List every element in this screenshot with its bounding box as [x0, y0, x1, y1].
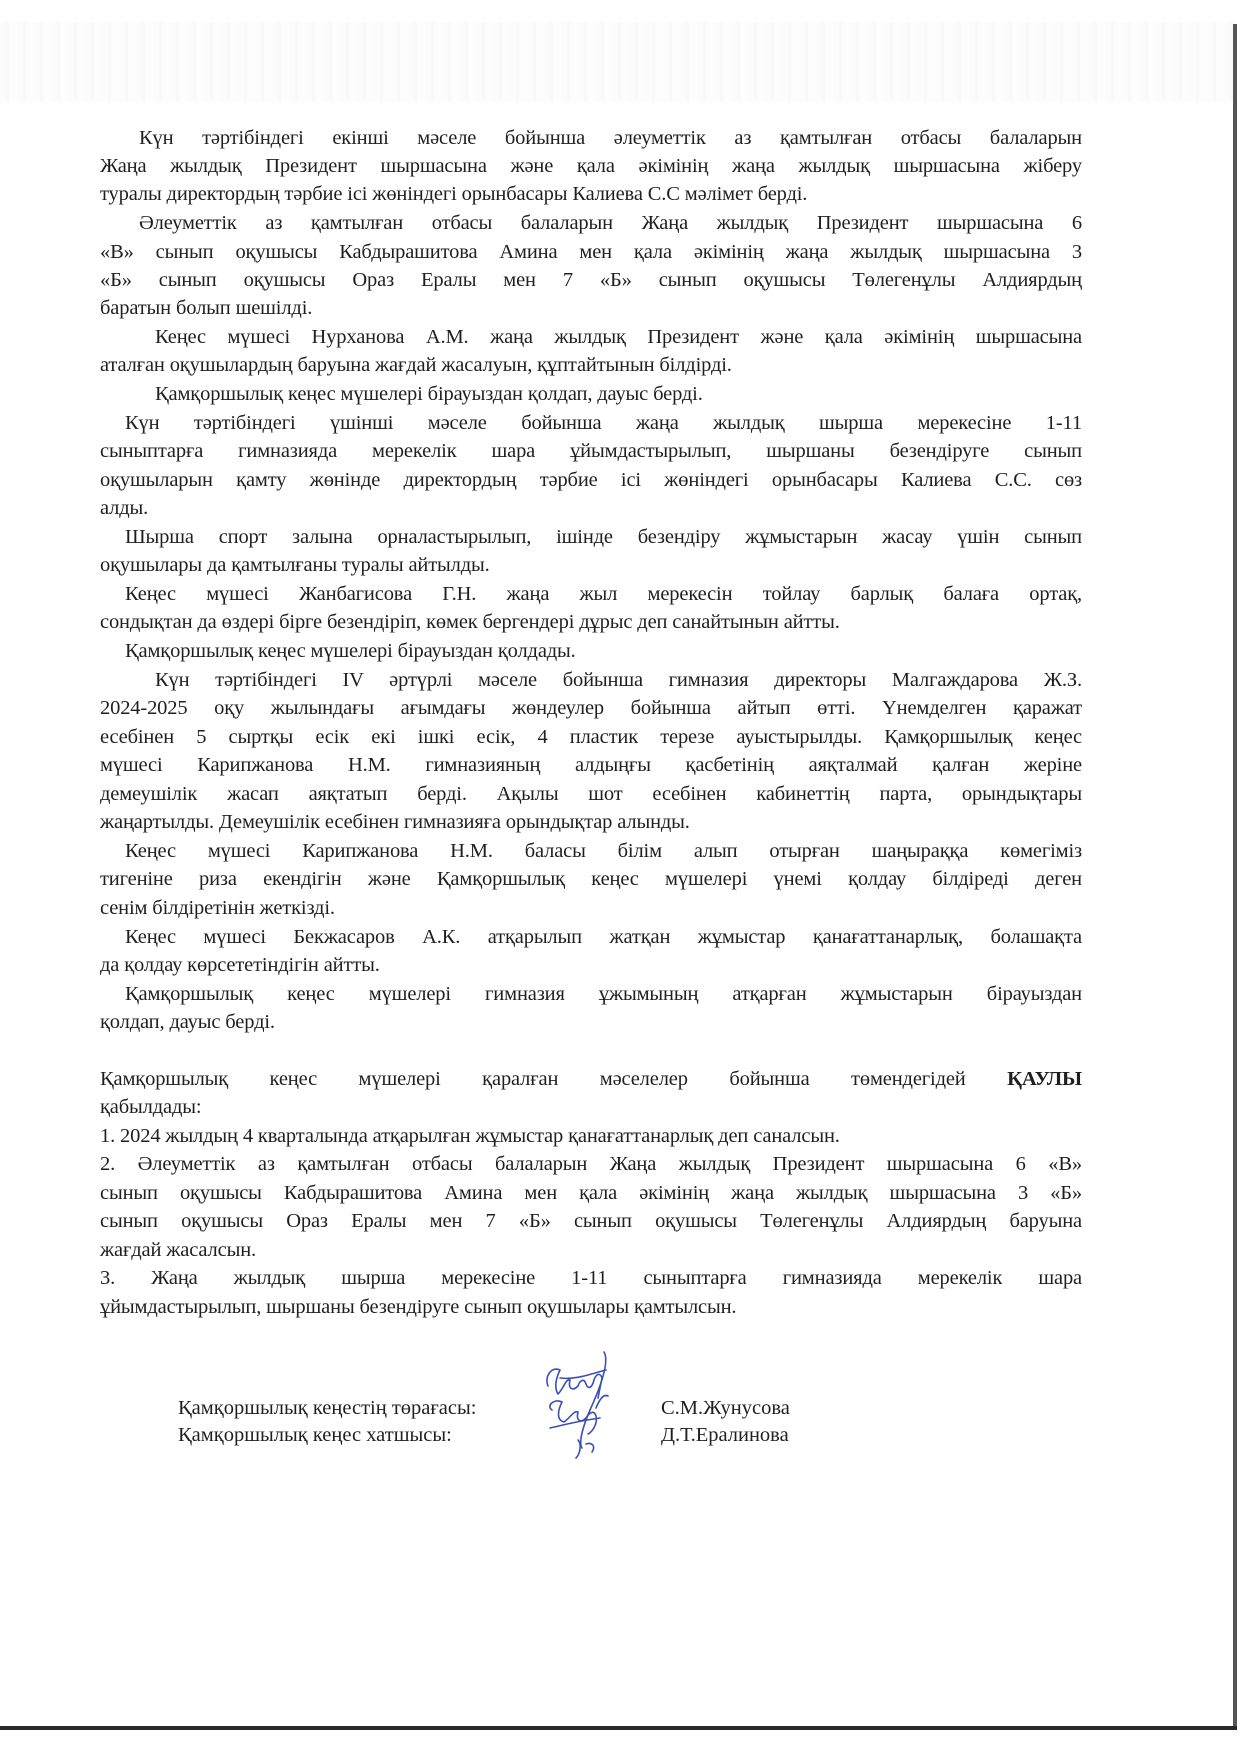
- text-line: оқушылары да қамтылғаны туралы айтылды.: [100, 551, 1082, 579]
- text-line: Кеңес мүшесі Жанбагисова Г.Н. жаңа жыл м…: [125, 580, 1082, 608]
- text-line: жаңартылды. Демеушілік есебінен гимназия…: [100, 808, 1082, 836]
- secretary-name: Д.Т.Ералинова: [661, 1421, 789, 1449]
- text-line: 2024-2025 оқу жылындағы ағымдағы жөндеул…: [100, 694, 1082, 722]
- text-line: Күн тәртібіндегі IV әртүрлі мәселе бойын…: [155, 666, 1082, 694]
- text-line: баратын болып шешілді.: [100, 294, 1082, 322]
- text-line: Күн тәртібіндегі үшінші мәселе бойынша ж…: [125, 409, 1082, 437]
- text-line: есебінен 5 сыртқы есік екі ішкі есік, 4 …: [100, 723, 1082, 751]
- text-line: сынып оқушысы Кабдырашитова Амина мен қа…: [100, 1179, 1082, 1207]
- resolution-item-1: 1. 2024 жылдың 4 кварталында атқарылған …: [100, 1122, 1082, 1150]
- resolution-intro: Қамқоршылық кеңес мүшелері қаралған мәсе…: [100, 1065, 1082, 1093]
- text-line: оқушыларын қамту жөнінде директордың тәр…: [100, 466, 1082, 494]
- text-line: да қолдау көрсететіндігін айтты.: [100, 951, 1082, 979]
- text-line: Кеңес мүшесі Карипжанова Н.М. баласы біл…: [125, 837, 1082, 865]
- text-line: сенім білдіретінін жеткізді.: [100, 894, 1082, 922]
- chair-role: Қамқоршылық кеңестің төрағасы:: [178, 1394, 476, 1422]
- chair-name: С.М.Жунусова: [661, 1394, 790, 1422]
- text-line: Әлеуметтік аз қамтылған отбасы балаларын…: [139, 209, 1082, 237]
- document-page: Күн тәртібіндегі екінші мәселе бойынша ә…: [0, 0, 1240, 1755]
- text-line: «В» сынып оқушысы Кабдырашитова Амина ме…: [100, 238, 1082, 266]
- text-line: сынып оқушысы Ораз Ералы мен 7 «Б» сынып…: [100, 1207, 1082, 1235]
- text-line: демеушілік жасап аяқтатып берді. Ақылы ш…: [100, 780, 1082, 808]
- text-line: Қамқоршылық кеңес мүшелері бірауыздан қо…: [155, 380, 1082, 408]
- text-line: мүшесі Карипжанова Н.М. гимназияның алды…: [100, 751, 1082, 779]
- text-line: Шырша спорт залына орналастырылып, ішінд…: [125, 523, 1082, 551]
- handwritten-signature-icon: [530, 1348, 660, 1468]
- resolution-heading: ҚАУЛЫ: [1007, 1068, 1082, 1090]
- text-line: алды.: [100, 494, 1082, 522]
- text-line: аталған оқушылардың баруына жағдай жасал…: [100, 351, 1082, 379]
- text-line: 2. Әлеуметтік аз қамтылған отбасы балала…: [100, 1150, 1082, 1178]
- text-line: қолдап, дауыс берді.: [100, 1008, 1082, 1036]
- secretary-role: Қамқоршылық кеңес хатшысы:: [178, 1421, 452, 1449]
- text-line: жағдай жасалсын.: [100, 1236, 1082, 1264]
- resolution-intro-end: қабылдады:: [100, 1093, 1082, 1121]
- text-line: сондықтан да өздері бірге безендіріп, кө…: [100, 608, 1082, 636]
- text-line: тигеніне риза екендігін және Қамқоршылық…: [100, 865, 1082, 893]
- text-line: Жаңа жылдық Президент шыршасына және қал…: [100, 152, 1082, 180]
- text-line: туралы директордың тәрбие ісі жөніндегі …: [100, 180, 1082, 208]
- text-line: Кеңес мүшесі Бекжасаров А.К. атқарылып ж…: [125, 923, 1082, 951]
- text-line: сыныптарға гимназияда мерекелік шара ұйы…: [100, 437, 1082, 465]
- text-line: Қамқоршылық кеңес мүшелері гимназия ұжым…: [125, 980, 1082, 1008]
- text-line: Кеңес мүшесі Нурханова А.М. жаңа жылдық …: [155, 323, 1082, 351]
- resolution-intro-text: Қамқоршылық кеңес мүшелері қаралған мәсе…: [100, 1068, 966, 1090]
- text-line: 3. Жаңа жылдық шырша мерекесіне 1-11 сын…: [100, 1264, 1082, 1292]
- text-line: «Б» сынып оқушысы Ораз Ералы мен 7 «Б» с…: [100, 266, 1082, 294]
- text-line: ұйымдастырылып, шыршаны безендіруге сыны…: [100, 1293, 1082, 1321]
- text-line: Қамқоршылық кеңес мүшелері бірауыздан қо…: [125, 637, 1082, 665]
- text-line: Күн тәртібіндегі екінші мәселе бойынша ә…: [139, 124, 1082, 152]
